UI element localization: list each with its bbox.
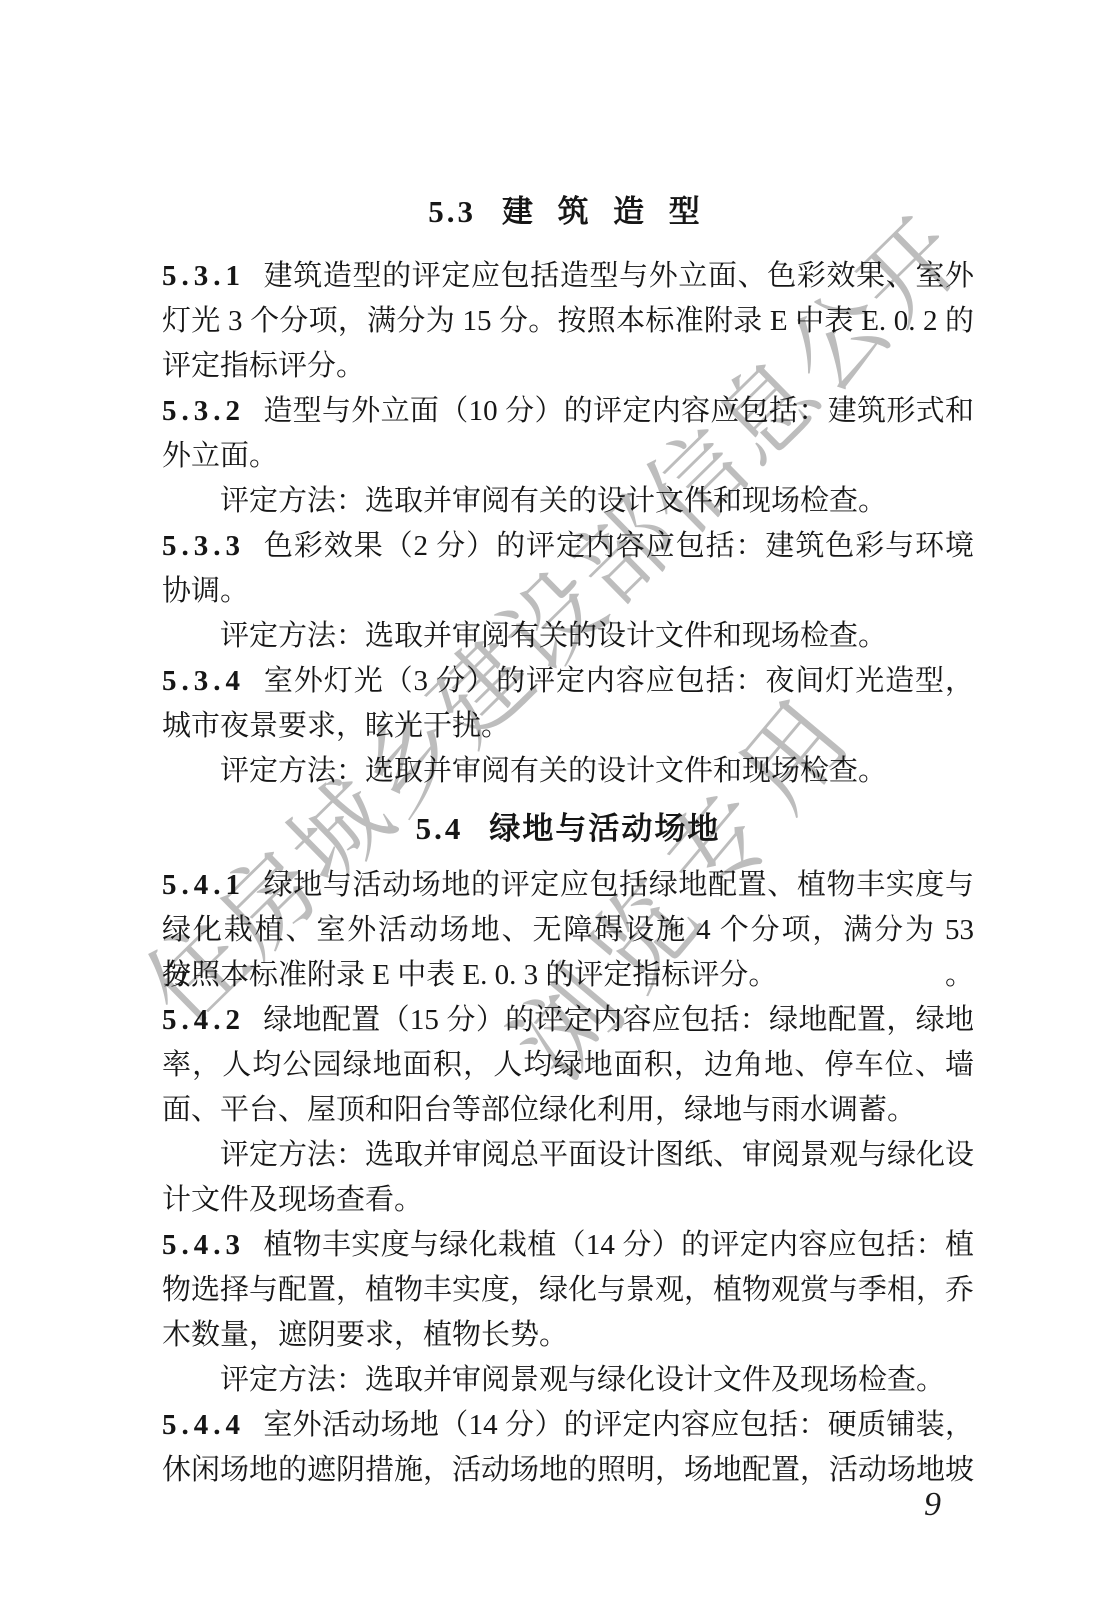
clause-5-4-3-line-3: 木数量，遮阴要求，植物长势。 [162,1313,974,1358]
clause-5-4-4-line-1: 5.4.4室外活动场地（14 分）的评定内容应包括：硬质铺装， [162,1403,974,1448]
clause-5-3-4-line-1: 5.3.4室外灯光（3 分）的评定内容应包括：夜间灯光造型， [162,659,974,704]
clause-5-4-1-text-1: 绿地与活动场地的评定应包括绿地配置、植物丰实度与 [263,869,974,901]
clause-5-3-4-number: 5.3.4 [162,665,245,697]
clause-5-4-2-line-2: 率，人均公园绿地面积，人均绿地面积，边角地、停车位、墙 [162,1043,974,1088]
clause-5-3-3-line-2: 协调。 [162,569,974,614]
clause-5-3-1-text-1: 建筑造型的评定应包括造型与外立面、色彩效果、室外 [263,260,974,292]
clause-5-3-3-line-1: 5.3.3色彩效果（2 分）的评定内容应包括：建筑色彩与环境 [162,524,974,569]
page-body: 5.3建 筑 造 型 5.3.1建筑造型的评定应包括造型与外立面、色彩效果、室外… [162,189,974,1493]
method-5-4-3: 评定方法：选取并审阅景观与绿化设计文件及现场检查。 [162,1358,974,1403]
clause-5-4-2-text-1: 绿地配置（15 分）的评定内容应包括：绿地配置，绿地 [263,1004,974,1036]
section-5-3-title: 建 筑 造 型 [502,194,708,229]
clause-5-4-4-line-2: 休闲场地的遮阴措施，活动场地的照明，场地配置，活动场地坡 [162,1448,974,1493]
clause-5-4-2-line-3: 面、平台、屋顶和阳台等部位绿化利用，绿地与雨水调蓄。 [162,1088,974,1133]
page-number: 9 [924,1486,941,1524]
clause-5-3-4-line-2: 城市夜景要求，眩光干扰。 [162,704,974,749]
section-heading-5-3: 5.3建 筑 造 型 [162,189,974,234]
method-5-3-2: 评定方法：选取并审阅有关的设计文件和现场检查。 [162,479,974,524]
clause-5-3-1-line-2: 灯光 3 个分项，满分为 15 分。按照本标准附录 E 中表 E. 0. 2 的 [162,299,974,344]
clause-5-4-1-number: 5.4.1 [162,869,245,901]
clause-5-3-2-number: 5.3.2 [162,395,245,427]
section-5-4-number: 5.4 [416,811,464,846]
clause-5-3-4-text-1: 室外灯光（3 分）的评定内容应包括：夜间灯光造型， [263,665,974,697]
clause-5-4-3-line-1: 5.4.3植物丰实度与绿化栽植（14 分）的评定内容应包括：植 [162,1223,974,1268]
method-5-3-4: 评定方法：选取并审阅有关的设计文件和现场检查。 [162,749,974,794]
document-page: 住房城乡建设部信息公开 浏览专用 5.3建 筑 造 型 5.3.1建筑造型的评定… [0,0,1103,1598]
method-5-4-2-line-1: 评定方法：选取并审阅总平面设计图纸、审阅景观与绿化设 [162,1133,974,1178]
clause-5-4-2-line-1: 5.4.2绿地配置（15 分）的评定内容应包括：绿地配置，绿地 [162,998,974,1043]
method-5-3-3: 评定方法：选取并审阅有关的设计文件和现场检查。 [162,614,974,659]
clause-5-4-4-number: 5.4.4 [162,1409,245,1441]
clause-5-3-3-number: 5.3.3 [162,530,245,562]
clause-5-4-1-line-2: 绿化栽植、室外活动场地、无障碍设施 4 个分项，满分为 53 分。 [162,908,974,953]
section-heading-5-4: 5.4绿地与活动场地 [162,806,974,851]
clause-5-4-2-number: 5.4.2 [162,1004,245,1036]
clause-5-3-1-line-1: 5.3.1建筑造型的评定应包括造型与外立面、色彩效果、室外 [162,254,974,299]
clause-5-3-2-text-1: 造型与外立面（10 分）的评定内容应包括：建筑形式和 [263,395,974,427]
method-5-4-2-line-2: 计文件及现场查看。 [162,1178,974,1223]
clause-5-4-3-text-1: 植物丰实度与绿化栽植（14 分）的评定内容应包括：植 [263,1229,974,1261]
clause-5-4-3-number: 5.4.3 [162,1229,245,1261]
clause-5-3-1-number: 5.3.1 [162,260,245,292]
clause-5-4-4-text-1: 室外活动场地（14 分）的评定内容应包括：硬质铺装， [263,1409,974,1441]
clause-5-4-1-line-1: 5.4.1绿地与活动场地的评定应包括绿地配置、植物丰实度与 [162,863,974,908]
clause-5-4-3-line-2: 物选择与配置，植物丰实度，绿化与景观，植物观赏与季相，乔 [162,1268,974,1313]
clause-5-3-2-line-2: 外立面。 [162,434,974,479]
clause-5-3-1-line-3: 评定指标评分。 [162,344,974,389]
section-5-3-number: 5.3 [428,194,476,229]
clause-5-3-3-text-1: 色彩效果（2 分）的评定内容应包括：建筑色彩与环境 [263,530,974,562]
clause-5-3-2-line-1: 5.3.2造型与外立面（10 分）的评定内容应包括：建筑形式和 [162,389,974,434]
section-5-4-title: 绿地与活动场地 [489,811,720,846]
